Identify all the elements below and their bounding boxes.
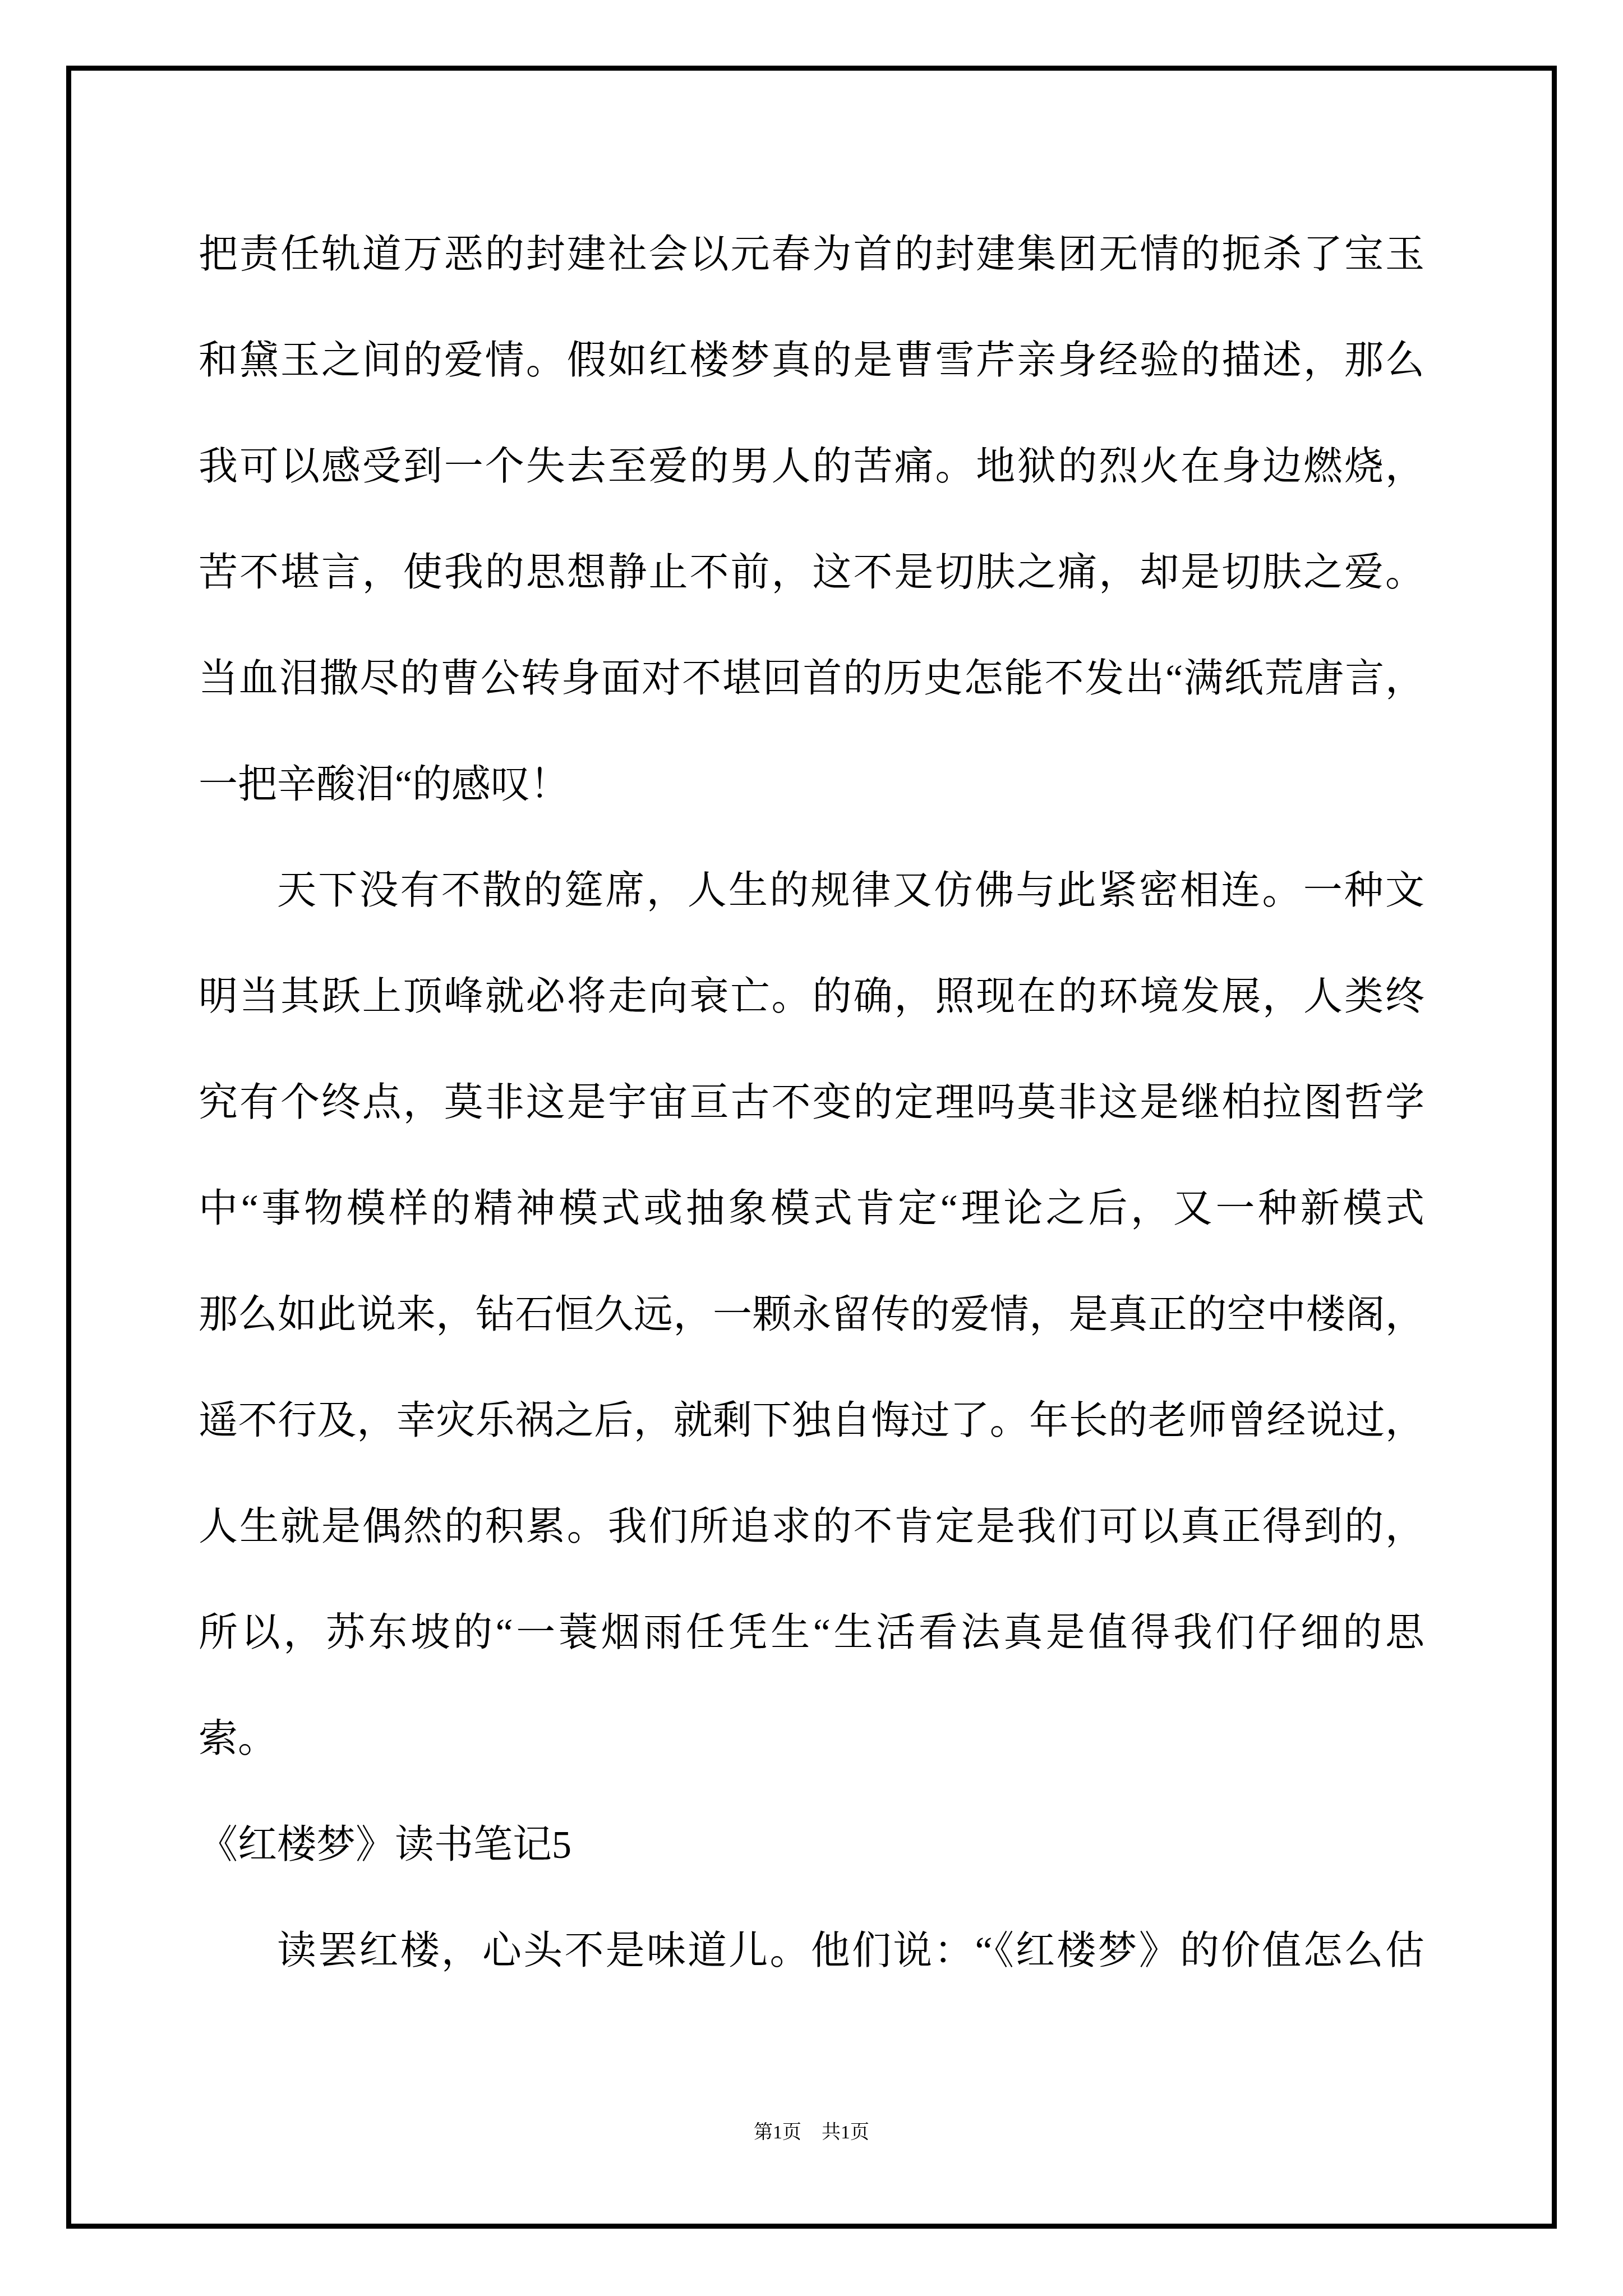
text-line: 一把辛酸泪“的感叹！ bbox=[199, 732, 1424, 838]
text-line: 人生就是偶然的积累。我们所追求的不肯定是我们可以真正得到的， bbox=[199, 1474, 1424, 1580]
current-page-label: 第1页 bbox=[754, 2122, 801, 2143]
text-line: 究有个终点，莫非这是宇宙亘古不变的定理吗莫非这是继柏拉图哲学 bbox=[199, 1050, 1424, 1156]
text-line: 明当其跃上顶峰就必将走向衰亡。的确，照现在的环境发展，人类终 bbox=[199, 944, 1424, 1050]
text-line: 我可以感受到一个失去至爱的男人的苦痛。地狱的烈火在身边燃烧， bbox=[199, 414, 1424, 520]
document-page: 把责任轨道万恶的封建社会以元春为首的封建集团无情的扼杀了宝玉 和黛玉之间的爱情。… bbox=[0, 0, 1623, 2296]
text-line: 中“事物模样的精神模式或抽象模式肯定“理论之后，又一种新模式 bbox=[199, 1156, 1424, 1262]
text-line: 当血泪撒尽的曹公转身面对不堪回首的历史怎能不发出“满纸荒唐言， bbox=[199, 626, 1424, 732]
text-line: 所以，苏东坡的“一蓑烟雨任凭生“生活看法真是值得我们仔细的思 bbox=[199, 1580, 1424, 1686]
text-line: 和黛玉之间的爱情。假如红楼梦真的是曹雪芹亲身经验的描述，那么 bbox=[199, 308, 1424, 414]
text-line: 把责任轨道万恶的封建社会以元春为首的封建集团无情的扼杀了宝玉 bbox=[199, 202, 1424, 308]
document-body: 把责任轨道万恶的封建社会以元春为首的封建集团无情的扼杀了宝玉 和黛玉之间的爱情。… bbox=[199, 202, 1424, 2004]
total-pages-label: 共1页 bbox=[822, 2122, 869, 2143]
text-line: 那么如此说来，钻石恒久远，一颗永留传的爱情，是真正的空中楼阁， bbox=[199, 1262, 1424, 1368]
text-line: 遥不行及，幸灾乐祸之后，就剩下独自悔过了。年长的老师曾经说过， bbox=[199, 1368, 1424, 1474]
text-line: 读罢红楼，心头不是味道儿。他们说：“《红楼梦》的价值怎么估 bbox=[199, 1898, 1424, 2004]
text-line: 索。 bbox=[199, 1686, 1424, 1792]
section-heading: 《红楼梦》读书笔记5 bbox=[199, 1792, 1424, 1898]
text-line: 天下没有不散的筵席，人生的规律又仿佛与此紧密相连。一种文 bbox=[199, 838, 1424, 944]
page-number-footer: 第1页共1页 bbox=[0, 2116, 1623, 2150]
text-line: 苦不堪言，使我的思想静止不前，这不是切肤之痛，却是切肤之爱。 bbox=[199, 520, 1424, 626]
